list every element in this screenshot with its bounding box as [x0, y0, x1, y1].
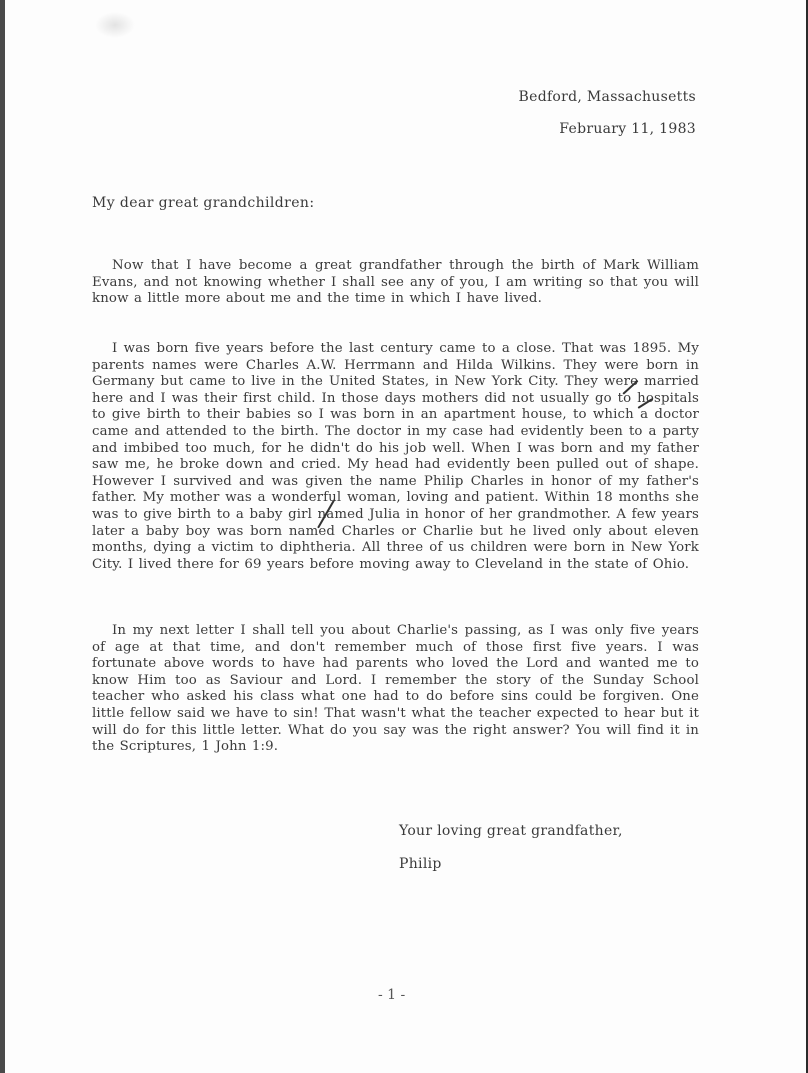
letter-closing: Your loving great grandfather,: [399, 823, 623, 839]
paragraph-text: I was born five years before the last ce…: [92, 341, 699, 573]
letter-paragraph-3: In my next letter I shall tell you about…: [92, 623, 699, 756]
paragraph-text: Now that I have become a great grandfath…: [92, 258, 699, 308]
letter-signature: Philip: [399, 856, 442, 872]
letter-page: Bedford, Massachusetts February 11, 1983…: [0, 0, 808, 1073]
letter-salutation: My dear great grandchildren:: [92, 195, 314, 211]
letter-paragraph-2: I was born five years before the last ce…: [92, 341, 699, 573]
paragraph-text: In my next letter I shall tell you about…: [92, 623, 699, 756]
letter-paragraph-1: Now that I have become a great grandfath…: [92, 258, 699, 308]
letter-place: Bedford, Massachusetts: [519, 89, 696, 105]
scan-left-edge: [0, 0, 5, 1073]
letter-date: February 11, 1983: [559, 121, 696, 137]
page-number: - 1 -: [378, 987, 405, 1003]
scan-smudge: [95, 12, 135, 38]
